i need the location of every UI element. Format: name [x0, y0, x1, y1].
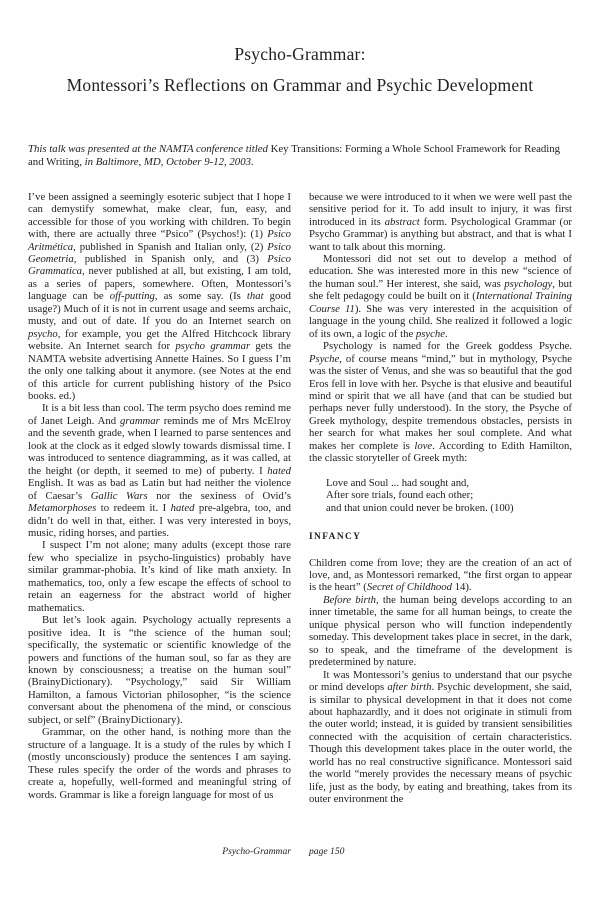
footer-page-number: page 150: [309, 846, 572, 857]
quote-line: and that union could never be broken. (1…: [326, 502, 572, 514]
italic-run: psychology: [504, 278, 552, 290]
paragraph: It was Montessori’s genius to understand…: [309, 669, 572, 806]
quote-line: After sore trials, found each other;: [326, 489, 572, 501]
paragraph: I’ve been assigned a seemingly esoteric …: [28, 191, 291, 403]
paragraph: Children come from love; they are the cr…: [309, 557, 572, 594]
left-column: I’ve been assigned a seemingly esoteric …: [28, 191, 291, 806]
italic-run: hated: [267, 465, 291, 477]
text-run: , published in Spanish and Italian only,…: [73, 241, 267, 253]
italic-run: that: [247, 290, 264, 302]
text-run: , of course means “mind,” but in mytholo…: [309, 353, 572, 452]
text-run: .: [445, 328, 448, 340]
italic-run: Before birth: [323, 594, 376, 606]
quote-line: Love and Soul ... had sought and,: [326, 477, 572, 489]
paragraph: It is a bit less than cool. The term psy…: [28, 402, 291, 539]
text-run: . Psychic development, she said, is simi…: [309, 681, 572, 805]
page-footer: Psycho-Grammar page 150: [28, 846, 572, 857]
right-column: because we were introduced to it when we…: [309, 191, 572, 806]
italic-run: psycho: [28, 328, 58, 340]
paragraph: Before birth, the human being develops a…: [309, 594, 572, 669]
text-run: nor the sexiness of Ovid’s: [148, 490, 291, 502]
italic-run: Gallic Wars: [91, 490, 148, 502]
text-run: to redeem it. I: [96, 502, 170, 514]
italic-run: Secret of Childhood: [367, 581, 452, 593]
text-run: 14).: [452, 581, 472, 593]
paragraph: But let’s look again. Psychology actuall…: [28, 614, 291, 726]
italic-run: psyche: [416, 328, 445, 340]
text-run: But let’s look again. Psychology actuall…: [28, 614, 291, 726]
page-title: Psycho-Grammar:: [0, 0, 600, 66]
conference-note: This talk was presented at the NAMTA con…: [28, 143, 572, 170]
text-run: Psychology is named for the Greek goddes…: [323, 340, 572, 352]
italic-run: love: [414, 440, 432, 452]
two-column-body: I’ve been assigned a seemingly esoteric …: [28, 191, 572, 806]
text-run: Grammar, on the other hand, is nothing m…: [28, 726, 291, 800]
italic-run: off-putting: [110, 290, 155, 302]
section-heading: INFANCY: [309, 531, 572, 543]
footer-running-title: Psycho-Grammar: [28, 846, 291, 857]
text-run: , as some say. (Is: [155, 290, 247, 302]
text-run: , published in Spanish only, and (3): [74, 253, 268, 265]
paragraph: because we were introduced to it when we…: [309, 191, 572, 253]
paragraph: Psychology is named for the Greek goddes…: [309, 340, 572, 465]
blockquote: Love and Soul ... had sought and,After s…: [326, 477, 572, 514]
paragraph: I suspect I’m not alone; many adults (ex…: [28, 539, 291, 614]
italic-run: grammar: [120, 415, 160, 427]
paragraph: Grammar, on the other hand, is nothing m…: [28, 726, 291, 801]
italic-run: This talk was presented at the NAMTA con…: [28, 143, 271, 155]
italic-run: after birth: [387, 681, 431, 693]
italic-run: in Baltimore, MD, October 9-12, 2003.: [85, 156, 254, 168]
italic-run: Psyche: [309, 353, 339, 365]
italic-run: Metamorphoses: [28, 502, 96, 514]
paragraph: Montessori did not set out to develop a …: [309, 253, 572, 340]
italic-run: abstract: [385, 216, 420, 228]
text-run: I’ve been assigned a seemingly esoteric …: [28, 191, 291, 240]
italic-run: hated: [171, 502, 195, 514]
page-subtitle: Montessori’s Reflections on Grammar and …: [0, 66, 600, 97]
article-page: Psycho-Grammar: Montessori’s Reflections…: [0, 0, 600, 900]
italic-run: psycho grammar: [175, 340, 250, 352]
text-run: I suspect I’m not alone; many adults (ex…: [28, 539, 291, 613]
